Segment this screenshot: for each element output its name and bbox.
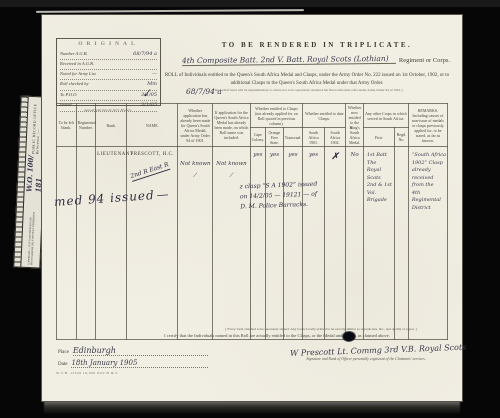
col-header-blank: To be left blank. <box>57 104 77 147</box>
table-row: LIEUTENANT PRESCOTT, H.C. Not known⟋ Not… <box>57 147 448 340</box>
roll-fine-print: (This form if used will be supplementary… <box>211 88 402 92</box>
col-header-first: First. <box>363 128 394 147</box>
scan-page-edge-streak <box>44 401 460 414</box>
place-row: Place Edinburgh <box>58 347 208 356</box>
regiment-handwritten: 4th Composite Batt. 2nd V. Batt. Royal S… <box>182 54 396 66</box>
col-header-remarks: REMARKS. Including causes of non-issue o… <box>408 104 447 147</box>
date-row: Date 18th January 1905 <box>58 360 208 368</box>
regiment-suffix: Regiment or Corps. <box>396 57 450 64</box>
cell-application-roll: Not known⟋ <box>213 147 250 340</box>
admin-row-noted: Noted for Army List— <box>60 70 157 81</box>
cell-remarks: “South Africa 1902” Clasp already receiv… <box>408 147 447 340</box>
col-header-application-roll: If application for the Queen's South Afr… <box>213 104 250 147</box>
document-scan: COPYRIGHT — NOT TO BE REPRODUCED PHOTOGR… <box>0 0 500 418</box>
officer-signature: W Prescott Lt. Commg 3rd V.B. Royal Scot… <box>290 343 455 358</box>
place-value: Edinburgh <box>73 347 208 356</box>
col-header-application-made: Whether application has already been mad… <box>178 104 213 147</box>
scan-scratch-line <box>36 9 304 13</box>
col-header-transvaal: Transvaal. <box>283 128 303 147</box>
form-title: TO BE RENDERED IN TRIPLICATE. <box>192 41 442 49</box>
admin-row-number: Number A.G.B.68/7/94 a <box>60 50 157 61</box>
scan-top-band <box>0 0 500 7</box>
regiment-line: 4th Composite Batt. 2nd V. Batt. Royal S… <box>182 55 450 65</box>
col-header-ksa-medal: Whether now entitled to the King's South… <box>346 104 364 147</box>
check-mark: ✓ <box>141 86 152 100</box>
roll-line2: Clasps to the Queen's South Africa Medal… <box>252 81 384 86</box>
cell-ksa-medal: No <box>346 147 364 340</box>
medal-roll-form-page: ORIGINAL Number A.G.B.68/7/94 a Received… <box>42 15 462 401</box>
cell-sa1902-crossed: ✗ <box>324 147 346 340</box>
signature-caption: Signature and Rank of Officer personally… <box>280 357 452 361</box>
annotation-small-x: x <box>350 125 353 131</box>
cell-other-corps-first: 1st Batt The Royal Scots 2nd & 1st Vol. … <box>363 147 394 340</box>
certify-statement: I certify that the Individuals named in … <box>102 333 452 338</box>
date-label: Date <box>58 362 67 367</box>
date-value: 18th January 1905 <box>71 360 208 368</box>
cell-regtl-number <box>76 147 96 340</box>
col-header-rank: Rank. <box>96 104 127 147</box>
roll-number-handwritten: 68/7/94 a <box>186 87 222 96</box>
cell-blank <box>57 147 77 340</box>
medal-roll-table: To be left blank. Regimental Number. Ran… <box>56 103 448 340</box>
col-header-regtl-number: Regimental Number. <box>76 104 96 147</box>
admin-row-received: Received in A.G.B. <box>60 60 157 70</box>
col-header-name: NAME. <box>127 104 178 147</box>
cell-sa1901: yes <box>303 147 325 340</box>
col-header-regtl-no: Regtl. No. <box>395 128 409 147</box>
cell-cape-colony: yes <box>250 147 266 340</box>
group-header-clasps: Whether entitled to Clasps (not already … <box>250 104 303 128</box>
cell-orange-free-state: yes <box>266 147 284 340</box>
cell-transvaal: yes <box>283 147 303 340</box>
pro-copyright: COPYRIGHT — NOT TO BE REPRODUCED PHOTOGR… <box>27 192 36 265</box>
col-header-sa1901: South Africa 1901. <box>303 128 325 147</box>
pro-office-name: PUBLIC RECORD OFFICE Reference :— <box>31 99 41 154</box>
cell-rank: LIEUTENANT <box>96 147 127 340</box>
place-label: Place <box>58 350 69 355</box>
original-stamp: ORIGINAL <box>60 40 157 50</box>
col-header-orange-free-state: Orange Free State. <box>266 128 284 147</box>
col-header-sa1902: South Africa 1902. <box>324 128 346 147</box>
group-header-other-corps: Any other Corps in which served in South… <box>363 104 408 128</box>
group-header-date-clasps: Whether entitled to date Clasps. <box>303 104 346 128</box>
cell-other-corps-regtl-no <box>395 147 409 340</box>
ink-blot <box>342 331 356 342</box>
col-header-cape-colony: Cape Colony. <box>250 128 266 147</box>
footer-bracket-note: [ Every form attached to be separately s… <box>190 327 452 331</box>
cell-application-made: Not known⟋ <box>178 147 213 340</box>
annotation-clasp-note: z clasp “S A 1902” issued on 14/2/05 — 1… <box>239 180 318 213</box>
printer-marks: W.T.B. 13529 10,000 9/02 H & S <box>56 371 118 375</box>
